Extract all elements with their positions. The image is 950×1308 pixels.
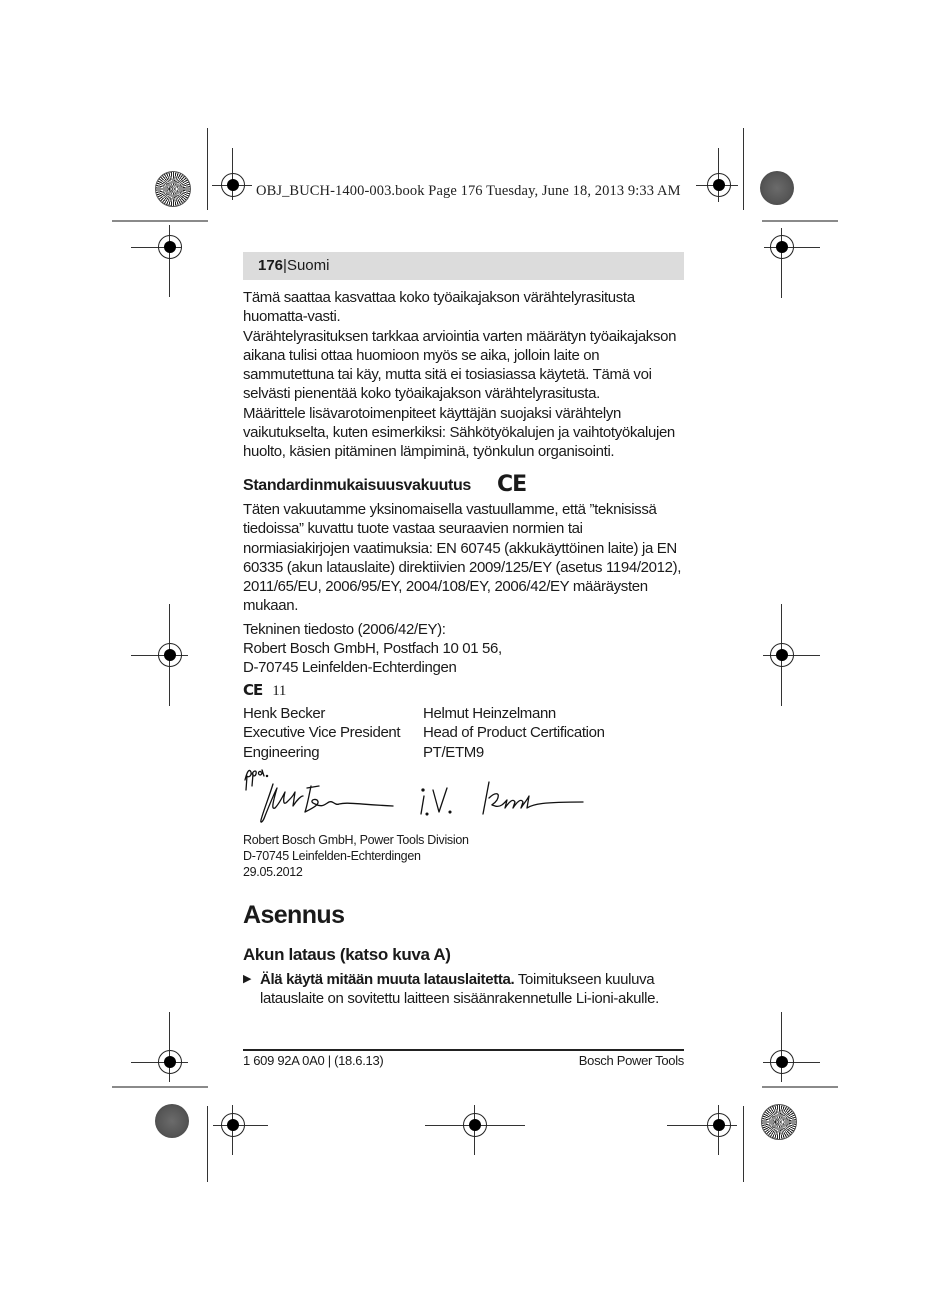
crop-mark [112,1086,208,1088]
signatory-dept: PT/ETM9 [423,743,683,762]
declaration-date: 29.05.2012 [243,864,688,880]
crop-mark [207,1106,208,1182]
ce-year: 11 [272,683,286,699]
footer-rule [243,1049,684,1051]
technical-file-label: Tekninen tiedosto (2006/42/EY): [243,620,688,639]
signatory-title: Head of Product Certification [423,723,683,742]
print-slug: OBJ_BUCH-1400-003.book Page 176 Tuesday,… [256,183,681,200]
bullet-triangle-icon: ▶ [243,970,260,1009]
footer-brand: Bosch Power Tools [579,1053,684,1068]
crop-mark [762,1086,838,1088]
company-block: Robert Bosch GmbH, Power Tools Division … [243,832,688,880]
technical-file-address: Robert Bosch GmbH, Postfach 10 01 56, [243,639,688,658]
signatory-name: Helmut Heinzelmann [423,704,683,723]
technical-file-address: D-70745 Leinfelden-Echterdingen [243,658,688,677]
signatory-name: Henk Becker [243,704,423,723]
page-number: 176 [258,257,283,274]
intro-paragraph: Määrittele lisävarotoimenpiteet käyttäjä… [243,404,688,462]
crop-mark [743,128,744,210]
page-header: 176|Suomi [243,252,684,280]
bullet-bold-text: Älä käytä mitään muuta latauslaitetta. [260,971,514,988]
intro-paragraph: Värähtelyrasituksen tarkkaa arviointia v… [243,327,688,404]
footer-doc-number: 1 609 92A 0A0 | (18.6.13) [243,1053,383,1068]
declaration-heading: Standardinmukaisuusvakuutus [243,476,471,495]
color-bar-gray-bottom-left [155,1104,189,1138]
section-heading: Asennus [243,900,688,930]
crop-mark [762,220,838,222]
intro-paragraph: Tämä saattaa kasvattaa koko työaikajakso… [243,288,688,327]
company-line: D-70745 Leinfelden-Echterdingen [243,848,688,864]
signatures-image [243,762,688,832]
signatory-title: Executive Vice President [243,723,423,742]
ce-mark-icon: CE [497,476,526,494]
signatories: Henk Becker Executive Vice President Eng… [243,704,688,762]
signatory: Henk Becker Executive Vice President Eng… [243,704,423,762]
bullet-text: Älä käytä mitään muuta latauslaitetta. T… [260,970,688,1009]
crop-mark [112,220,208,222]
company-line: Robert Bosch GmbH, Power Tools Division [243,832,688,848]
warning-bullet: ▶ Älä käytä mitään muuta latauslaitetta.… [243,970,688,1009]
declaration-heading-row: Standardinmukaisuusvakuutus CE [243,476,688,495]
color-bar-starburst-bottom-right [761,1104,797,1140]
handwritten-signatures [243,762,603,832]
signatory: Helmut Heinzelmann Head of Product Certi… [423,704,683,762]
subsection-heading: Akun lataus (katso kuva A) [243,944,688,966]
page-content: Tämä saattaa kasvattaa koko työaikajakso… [243,288,688,1008]
ce-mark-icon: CE [243,681,262,699]
crop-mark [743,1106,744,1182]
color-bar-gray-top-right [760,171,794,205]
header-language: Suomi [287,257,330,274]
color-bar-starburst-top-left [155,171,191,207]
signatory-dept: Engineering [243,743,423,762]
crop-mark [207,128,208,210]
ce-year-row: CE11 [243,681,688,701]
declaration-body: Täten vakuutamme yksinomaisella vastuull… [243,500,688,616]
